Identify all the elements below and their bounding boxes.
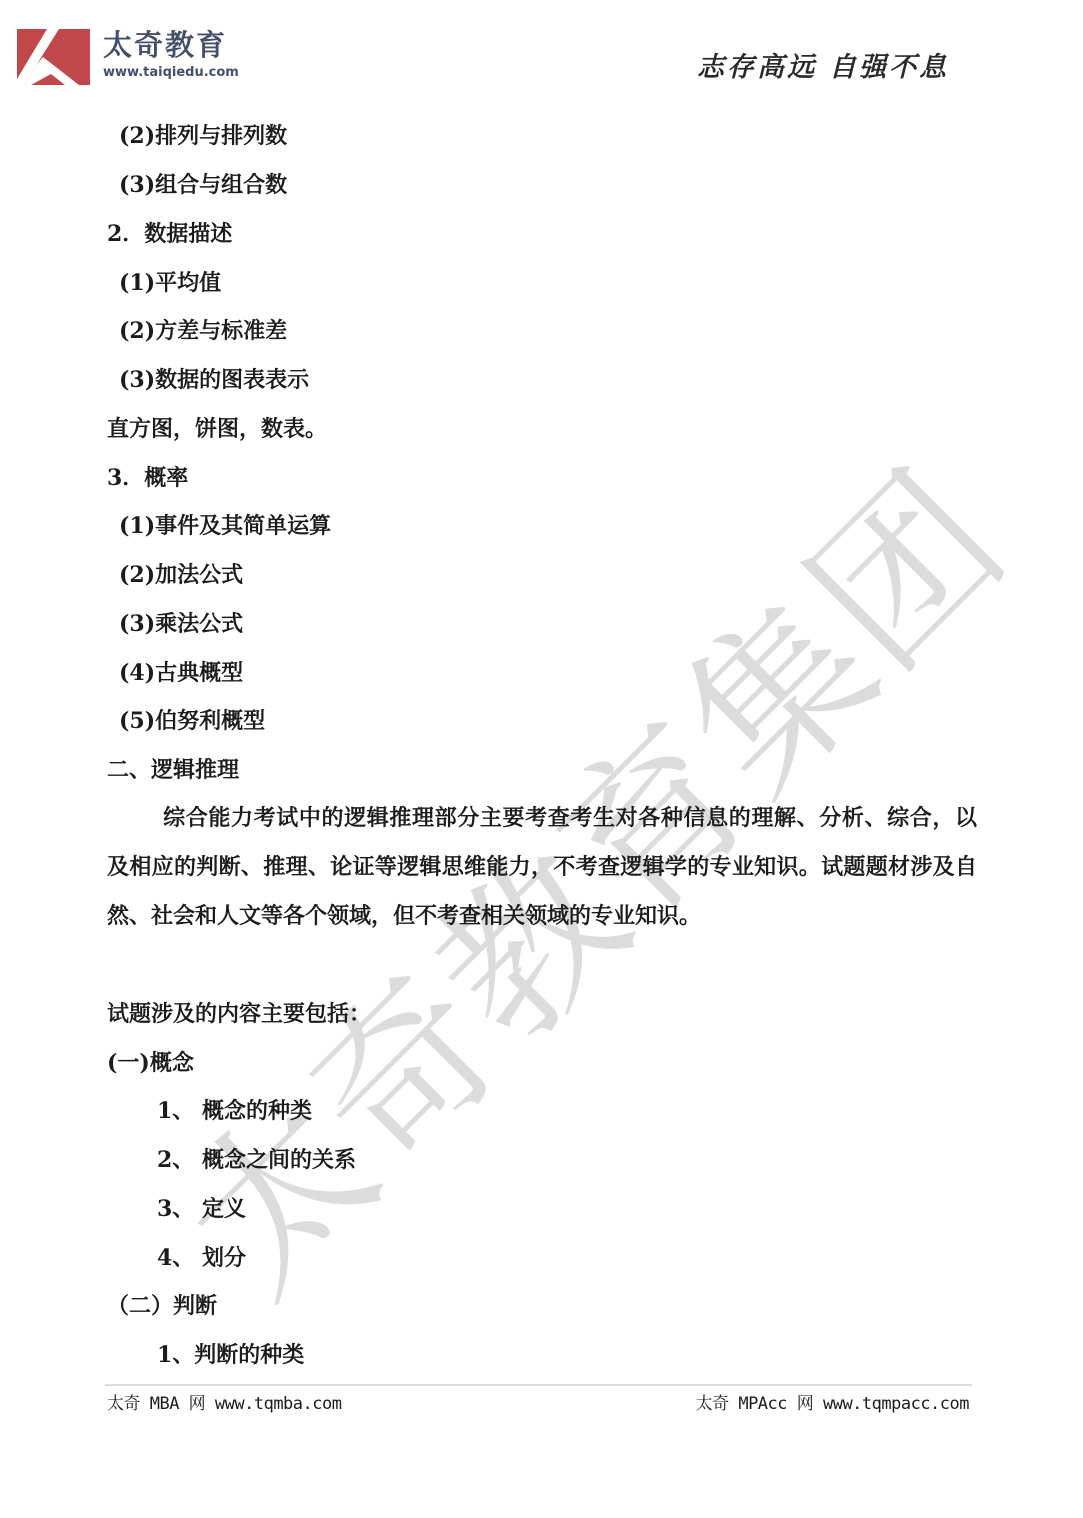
footer-right: 太奇 MPAcc 网 www.tqmpacc.com <box>696 1389 969 1414</box>
text-line: 试题涉及的内容主要包括： <box>107 1000 371 1028</box>
chapter-heading: 二、逻辑推理 <box>107 756 239 784</box>
list-item: (2)加法公式 <box>119 561 243 589</box>
logo-name: 太奇教育 <box>103 28 239 62</box>
slogan-part1: 志存高远 <box>697 45 817 84</box>
slogan-part2: 自强不息 <box>829 45 949 84</box>
list-item: 2、 概念之间的关系 <box>157 1146 356 1174</box>
section-heading: 2．数据描述 <box>107 220 232 248</box>
section-heading: (一)概念 <box>107 1049 194 1077</box>
footer-left: 太奇 MBA 网 www.tqmba.com <box>107 1389 341 1414</box>
list-item: (1)事件及其简单运算 <box>119 512 331 540</box>
section-heading: （二）判断 <box>107 1292 217 1320</box>
list-item: (4)古典概型 <box>119 659 243 687</box>
list-item: (3)乘法公式 <box>119 610 243 638</box>
logo-text: 太奇教育 www.taiqiedu.com <box>103 28 239 82</box>
logo-url: www.taiqiedu.com <box>103 64 239 82</box>
list-item: (3)组合与组合数 <box>119 171 287 199</box>
list-item: (2)方差与标准差 <box>119 317 287 345</box>
list-item: 1、判断的种类 <box>157 1341 304 1369</box>
paragraph: 综合能力考试中的逻辑推理部分主要考查考生对各种信息的理解、分析、综合，以及相应的… <box>107 794 977 940</box>
list-item: 1、 概念的种类 <box>157 1097 312 1125</box>
list-item: (3)数据的图表表示 <box>119 366 309 394</box>
text-line: 直方图，饼图，数表。 <box>107 415 327 443</box>
list-item: 4、 划分 <box>157 1244 246 1272</box>
list-item: (5)伯努利概型 <box>119 707 265 735</box>
section-heading: 3．概率 <box>107 464 188 492</box>
taiqi-logo-icon <box>17 29 90 85</box>
footer-divider <box>105 1384 972 1386</box>
list-item: (2)排列与排列数 <box>119 122 287 150</box>
list-item: (1)平均值 <box>119 269 221 297</box>
list-item: 3、 定义 <box>157 1195 246 1223</box>
slogan: 志存高远自强不息 <box>697 45 949 84</box>
